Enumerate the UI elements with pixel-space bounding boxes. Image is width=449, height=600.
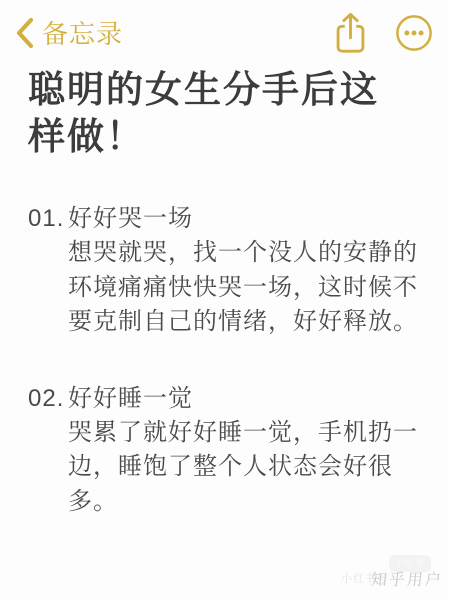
xiaohongshu-badge-icon: 小红书 (389, 555, 431, 572)
section-2-body-line-3: 多。 (68, 485, 421, 520)
section-1-body-line-3: 要克制自己的情绪，好好释放。 (68, 305, 421, 340)
section-1-body: 想哭就哭，找一个没人的安静的 环境痛痛快快哭一场，这时候不 要克制自己的情绪，好… (68, 236, 421, 340)
section-2-heading: 好好睡一觉 (68, 382, 193, 416)
share-icon (334, 12, 367, 54)
section-1-body-line-1: 想哭就哭，找一个没人的安静的 (68, 236, 421, 271)
note-title-line-2: 样做！ (28, 113, 421, 160)
section-2-body-line-2: 边，睡饱了整个人状态会好很 (68, 450, 421, 485)
chevron-left-icon (14, 17, 35, 49)
section-1-body-line-2: 环境痛痛快快哭一场，这时候不 (68, 271, 421, 306)
section-2-body-line-1: 哭累了就好好睡一觉，手机扔一 (68, 416, 421, 451)
section-2-heading-row: 02. 好好睡一觉 (28, 382, 421, 416)
back-button[interactable]: 备忘录 (14, 14, 123, 51)
more-button[interactable] (395, 14, 433, 52)
notes-app-screen: 备忘录 (0, 0, 449, 600)
note-title: 聪明的女生分手后这 样做！ (28, 66, 421, 160)
note-content[interactable]: 聪明的女生分手后这 样做！ 01. 好好哭一场 想哭就哭，找一个没人的安静的 环… (0, 66, 449, 519)
section-1-heading: 好好哭一场 (68, 202, 193, 236)
section-1-number: 01. (28, 202, 68, 236)
section-1-heading-row: 01. 好好哭一场 (28, 202, 421, 236)
section-2: 02. 好好睡一觉 哭累了就好好睡一觉，手机扔一 边，睡饱了整个人状态会好很 多… (28, 382, 421, 520)
section-1: 01. 好好哭一场 想哭就哭，找一个没人的安静的 环境痛痛快快哭一场，这时候不 … (28, 202, 421, 340)
section-2-body: 哭累了就好好睡一觉，手机扔一 边，睡饱了整个人状态会好很 多。 (68, 416, 421, 520)
nav-actions (334, 12, 435, 54)
ellipsis-circle-icon (395, 14, 433, 52)
share-button[interactable] (334, 12, 367, 54)
note-title-line-1: 聪明的女生分手后这 (28, 66, 421, 113)
xiaohongshu-account-watermark: 小红书号 (341, 570, 389, 586)
nav-bar: 备忘录 (0, 0, 449, 52)
back-button-label: 备忘录 (42, 14, 123, 51)
section-2-number: 02. (28, 382, 68, 416)
